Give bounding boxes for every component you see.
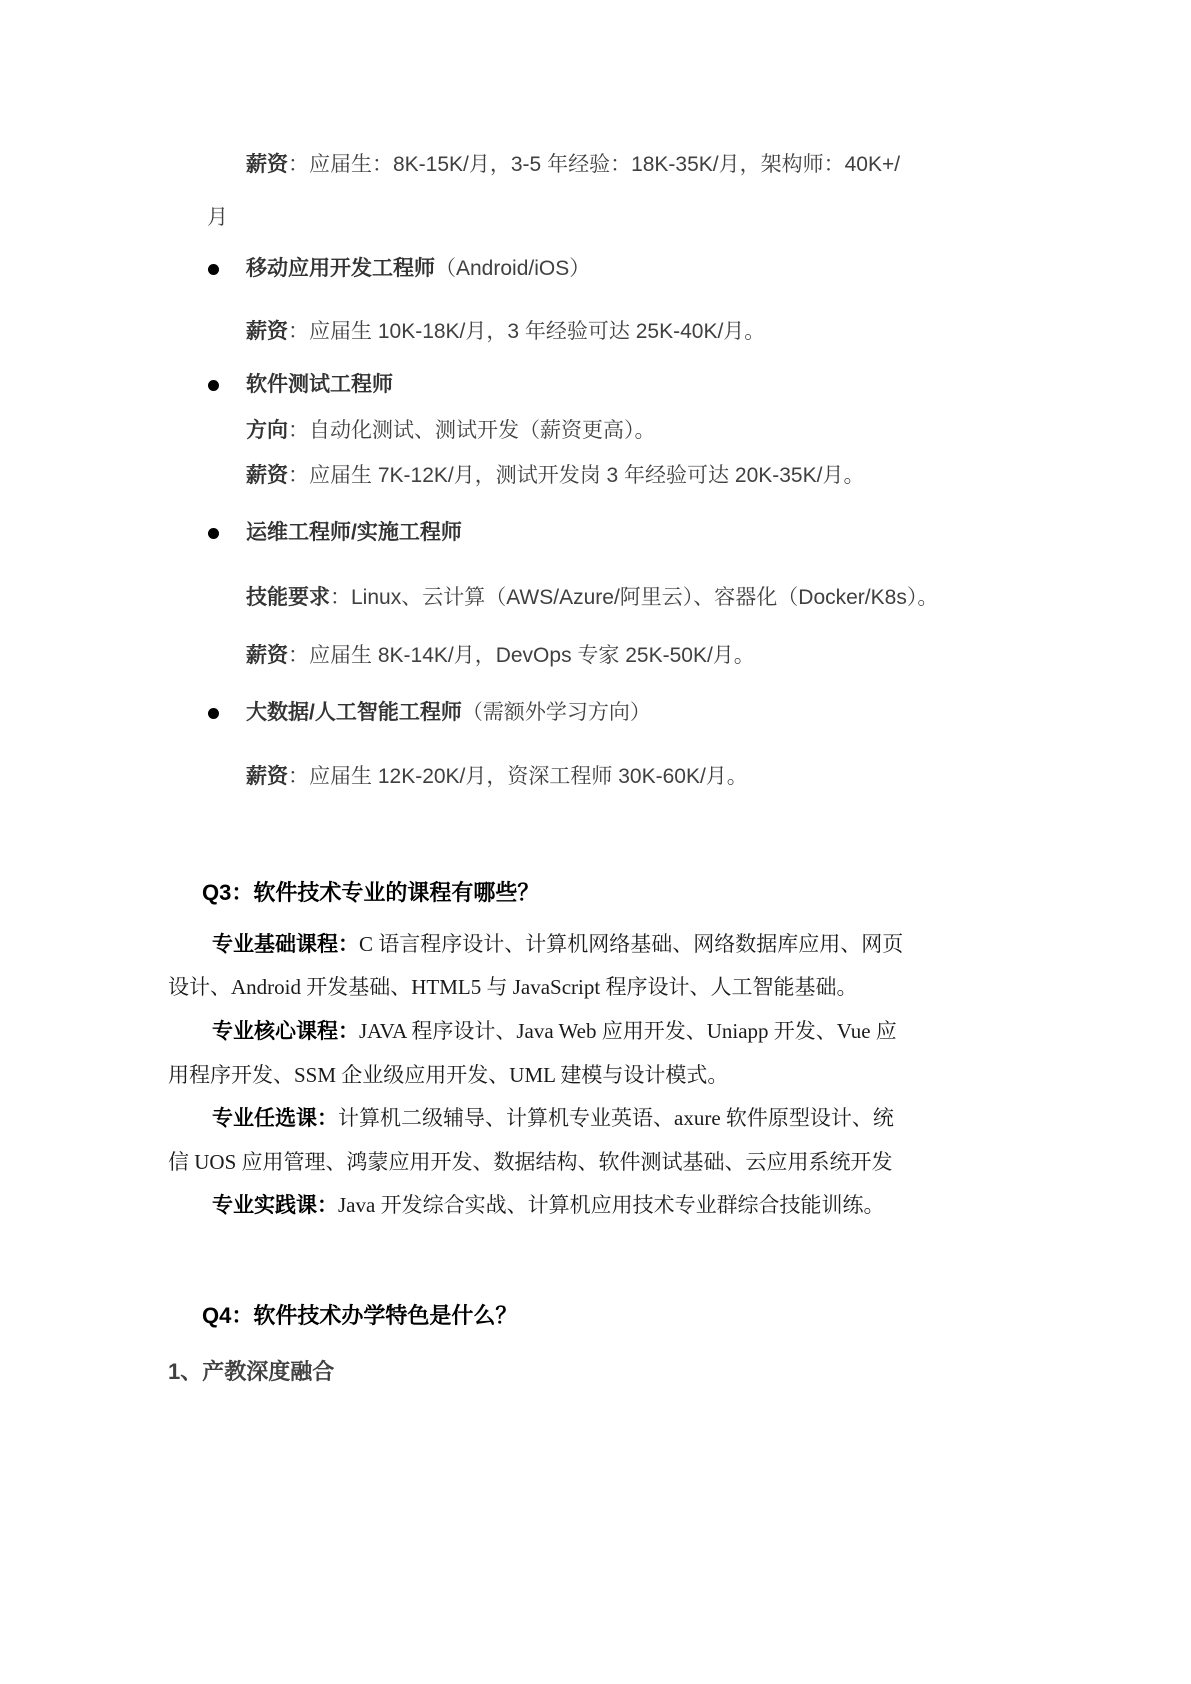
- detail-text: 应届生 7K-12K/月，测试开发岗 3 年经验可达 20K-35K/月。: [309, 464, 864, 487]
- course-label: 专业实践课：: [212, 1194, 338, 1217]
- career-title: 运维工程师/实施工程师: [246, 519, 462, 547]
- course-paragraph-cont: 用程序开发、SSM 企业级应用开发、UML 建模与设计模式。: [168, 1061, 728, 1089]
- detail-text: 应届生 10K-18K/月，3 年经验可达 25K-40K/月。: [309, 320, 765, 343]
- detail-text: 自动化测试、测试开发（薪资更高）。: [309, 419, 656, 442]
- course-paragraph: 专业任选课：计算机二级辅导、计算机专业英语、axure 软件原型设计、统: [212, 1104, 894, 1133]
- course-text: C 语言程序设计、计算机网络基础、网络数据库应用、网页: [359, 932, 903, 956]
- colon: ：: [288, 765, 309, 788]
- bullet-icon: [208, 264, 219, 275]
- course-paragraph: 专业核心课程：JAVA 程序设计、Java Web 应用开发、Uniapp 开发…: [212, 1017, 897, 1046]
- career-title: 大数据/人工智能工程师（需额外学习方向）: [246, 699, 651, 727]
- detail-label: 方向: [246, 419, 288, 442]
- q3-heading: Q3：软件技术专业的课程有哪些？: [202, 879, 539, 907]
- bullet-icon: [208, 708, 219, 719]
- career-detail: 薪资：应届生 12K-20K/月，资深工程师 30K-60K/月。: [246, 763, 748, 791]
- course-text: 计算机二级辅导、计算机专业英语、axure 软件原型设计、统: [338, 1106, 894, 1130]
- course-label: 专业核心课程：: [212, 1020, 359, 1043]
- detail-text: 应届生 8K-14K/月，DevOps 专家 25K-50K/月。: [309, 644, 755, 667]
- q4-heading: Q4：软件技术办学特色是什么？: [202, 1302, 517, 1330]
- colon: ：: [288, 320, 309, 343]
- colon: ：: [288, 419, 309, 442]
- document-page: 薪资：应届生：8K-15K/月，3-5 年经验：18K-35K/月，架构师：40…: [0, 0, 1191, 1684]
- course-paragraph: 专业基础课程：C 语言程序设计、计算机网络基础、网络数据库应用、网页: [212, 930, 903, 959]
- career-note: （Android/iOS）: [435, 257, 590, 280]
- course-paragraph: 专业实践课：Java 开发综合实战、计算机应用技术专业群综合技能训练。: [212, 1191, 885, 1220]
- course-paragraph-cont: 设计、Android 开发基础、HTML5 与 JavaScript 程序设计、…: [168, 973, 857, 1001]
- career-title-text: 移动应用开发工程师: [246, 257, 435, 280]
- detail-label: 薪资: [246, 320, 288, 343]
- course-label: 专业任选课：: [212, 1107, 338, 1130]
- salary-line-wrap: 月: [207, 204, 228, 232]
- bullet-icon: [208, 380, 219, 391]
- career-detail: 薪资：应届生 8K-14K/月，DevOps 专家 25K-50K/月。: [246, 642, 755, 670]
- career-title-text: 软件测试工程师: [246, 373, 393, 396]
- course-paragraph-cont: 信 UOS 应用管理、鸿蒙应用开发、数据结构、软件测试基础、云应用系统开发: [168, 1148, 893, 1176]
- course-label: 专业基础课程：: [212, 933, 359, 956]
- salary-line: 薪资：应届生：8K-15K/月，3-5 年经验：18K-35K/月，架构师：40…: [246, 151, 900, 179]
- bullet-icon: [208, 528, 219, 539]
- career-title: 移动应用开发工程师（Android/iOS）: [246, 255, 590, 283]
- q4-subheading: 1、产教深度融合: [168, 1358, 334, 1386]
- career-detail: 技能要求：Linux、云计算（AWS/Azure/阿里云）、容器化（Docker…: [246, 584, 938, 612]
- detail-label: 技能要求: [246, 586, 330, 609]
- career-title: 软件测试工程师: [246, 371, 393, 399]
- career-note: （需额外学习方向）: [462, 701, 651, 724]
- detail-text: 应届生 12K-20K/月，资深工程师 30K-60K/月。: [309, 765, 748, 788]
- salary-text: 应届生：8K-15K/月，3-5 年经验：18K-35K/月，架构师：40K+/: [309, 153, 900, 176]
- detail-label: 薪资: [246, 464, 288, 487]
- detail-label: 薪资: [246, 644, 288, 667]
- course-text: JAVA 程序设计、Java Web 应用开发、Uniapp 开发、Vue 应: [359, 1019, 897, 1043]
- colon: ：: [288, 464, 309, 487]
- career-title-text: 大数据/人工智能工程师: [246, 701, 462, 724]
- detail-label: 薪资: [246, 765, 288, 788]
- course-text: Java 开发综合实战、计算机应用技术专业群综合技能训练。: [338, 1193, 885, 1217]
- colon: ：: [330, 586, 351, 609]
- career-detail: 方向：自动化测试、测试开发（薪资更高）。: [246, 417, 656, 445]
- career-detail: 薪资：应届生 10K-18K/月，3 年经验可达 25K-40K/月。: [246, 318, 765, 346]
- career-detail: 薪资：应届生 7K-12K/月，测试开发岗 3 年经验可达 20K-35K/月。: [246, 462, 864, 490]
- colon: ：: [288, 153, 309, 176]
- detail-text: Linux、云计算（AWS/Azure/阿里云）、容器化（Docker/K8s）…: [351, 586, 938, 609]
- salary-label: 薪资: [246, 153, 288, 176]
- colon: ：: [288, 644, 309, 667]
- career-title-text: 运维工程师/实施工程师: [246, 521, 462, 544]
